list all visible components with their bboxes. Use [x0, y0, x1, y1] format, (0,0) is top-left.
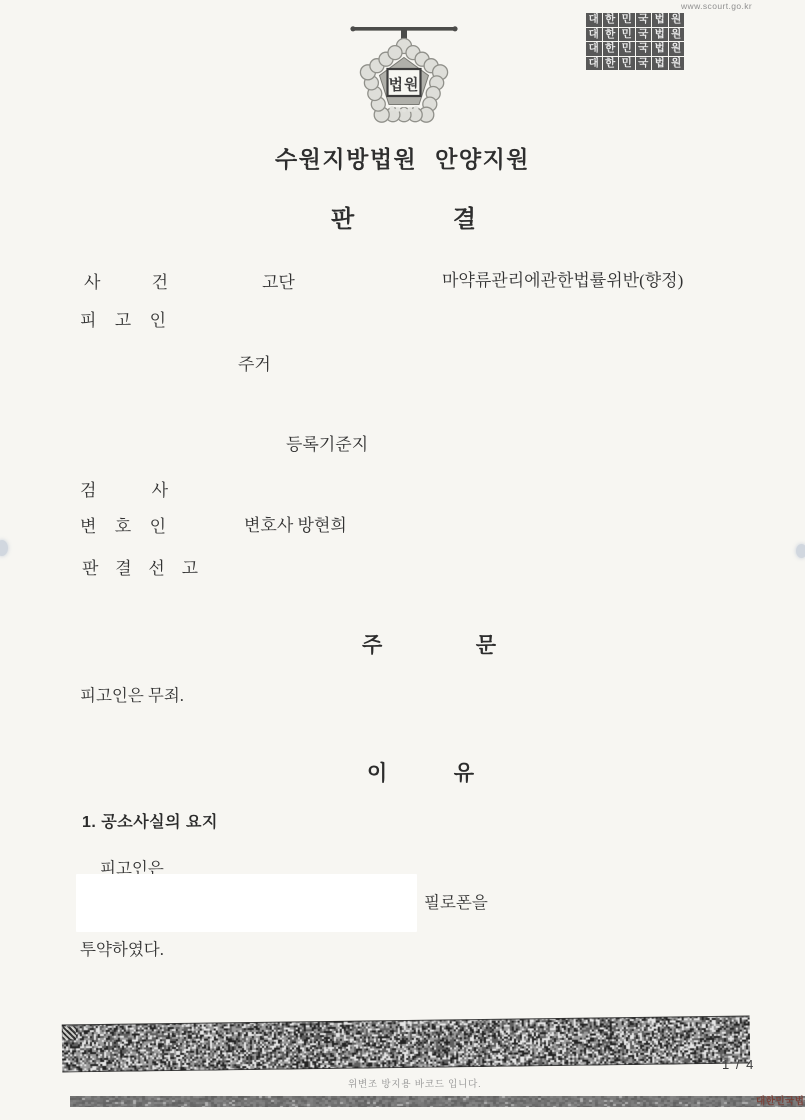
- counsel-name: 변호사 방현희: [244, 511, 347, 536]
- sentencing-date-label: 판결선고: [82, 554, 198, 579]
- bottom-band-stamp-text: 대한민국법원: [756, 1096, 805, 1107]
- barcode-corner-mark: [63, 1026, 76, 1039]
- order-section-title: 주문: [362, 629, 496, 659]
- barcode-footer-note: 위변조 방지용 바코드 입니다.: [348, 1076, 481, 1090]
- reasons-item1-heading: 1. 공소사실의 요지: [82, 809, 218, 832]
- stamp-row: 대한민국법원: [586, 13, 684, 27]
- order-text: 피고인은 무죄.: [80, 682, 184, 706]
- judgment-document-page: www.scourt.go.kr 대한민국법원 대한민국법원 대한민국법원 대한…: [0, 0, 805, 1120]
- counsel-label: 변호인: [80, 512, 166, 537]
- stamp-row: 대한민국법원: [586, 57, 684, 71]
- bottom-scan-band: [70, 1096, 805, 1107]
- emblem-center-text: 법원: [389, 76, 420, 94]
- case-number: 고단: [262, 268, 295, 293]
- case-name: 마약류관리에관한법률위반(향정): [442, 266, 683, 291]
- reasons-body-line2: 필로폰을: [424, 889, 488, 913]
- redaction-box: [76, 874, 417, 932]
- anti-forgery-barcode: [62, 1015, 751, 1072]
- website-url: www.scourt.go.kr: [681, 1, 752, 11]
- reasons-section-title: 이유: [367, 757, 474, 787]
- prosecutor-label: 검사: [80, 476, 168, 501]
- registered-address-label: 등록기준지: [286, 430, 368, 455]
- case-label: 사건: [84, 268, 168, 293]
- stamp-row: 대한민국법원: [586, 28, 684, 42]
- residence-label: 주거: [238, 350, 271, 375]
- court-ink-stamp: 대한민국법원 대한민국법원 대한민국법원 대한민국법원: [586, 13, 684, 70]
- page-number: 1 / 4: [722, 1057, 755, 1072]
- document-title: 판결: [331, 199, 476, 234]
- stamp-row: 대한민국법원: [586, 42, 684, 56]
- court-name-title: 수원지방법원 안양지원: [0, 141, 805, 174]
- left-punch-mark: [0, 540, 8, 556]
- defendant-label: 피고인: [80, 306, 166, 331]
- right-punch-mark: [796, 544, 805, 558]
- reasons-body-line3: 투약하였다.: [80, 936, 164, 960]
- court-emblem-icon: 법원: [347, 24, 461, 124]
